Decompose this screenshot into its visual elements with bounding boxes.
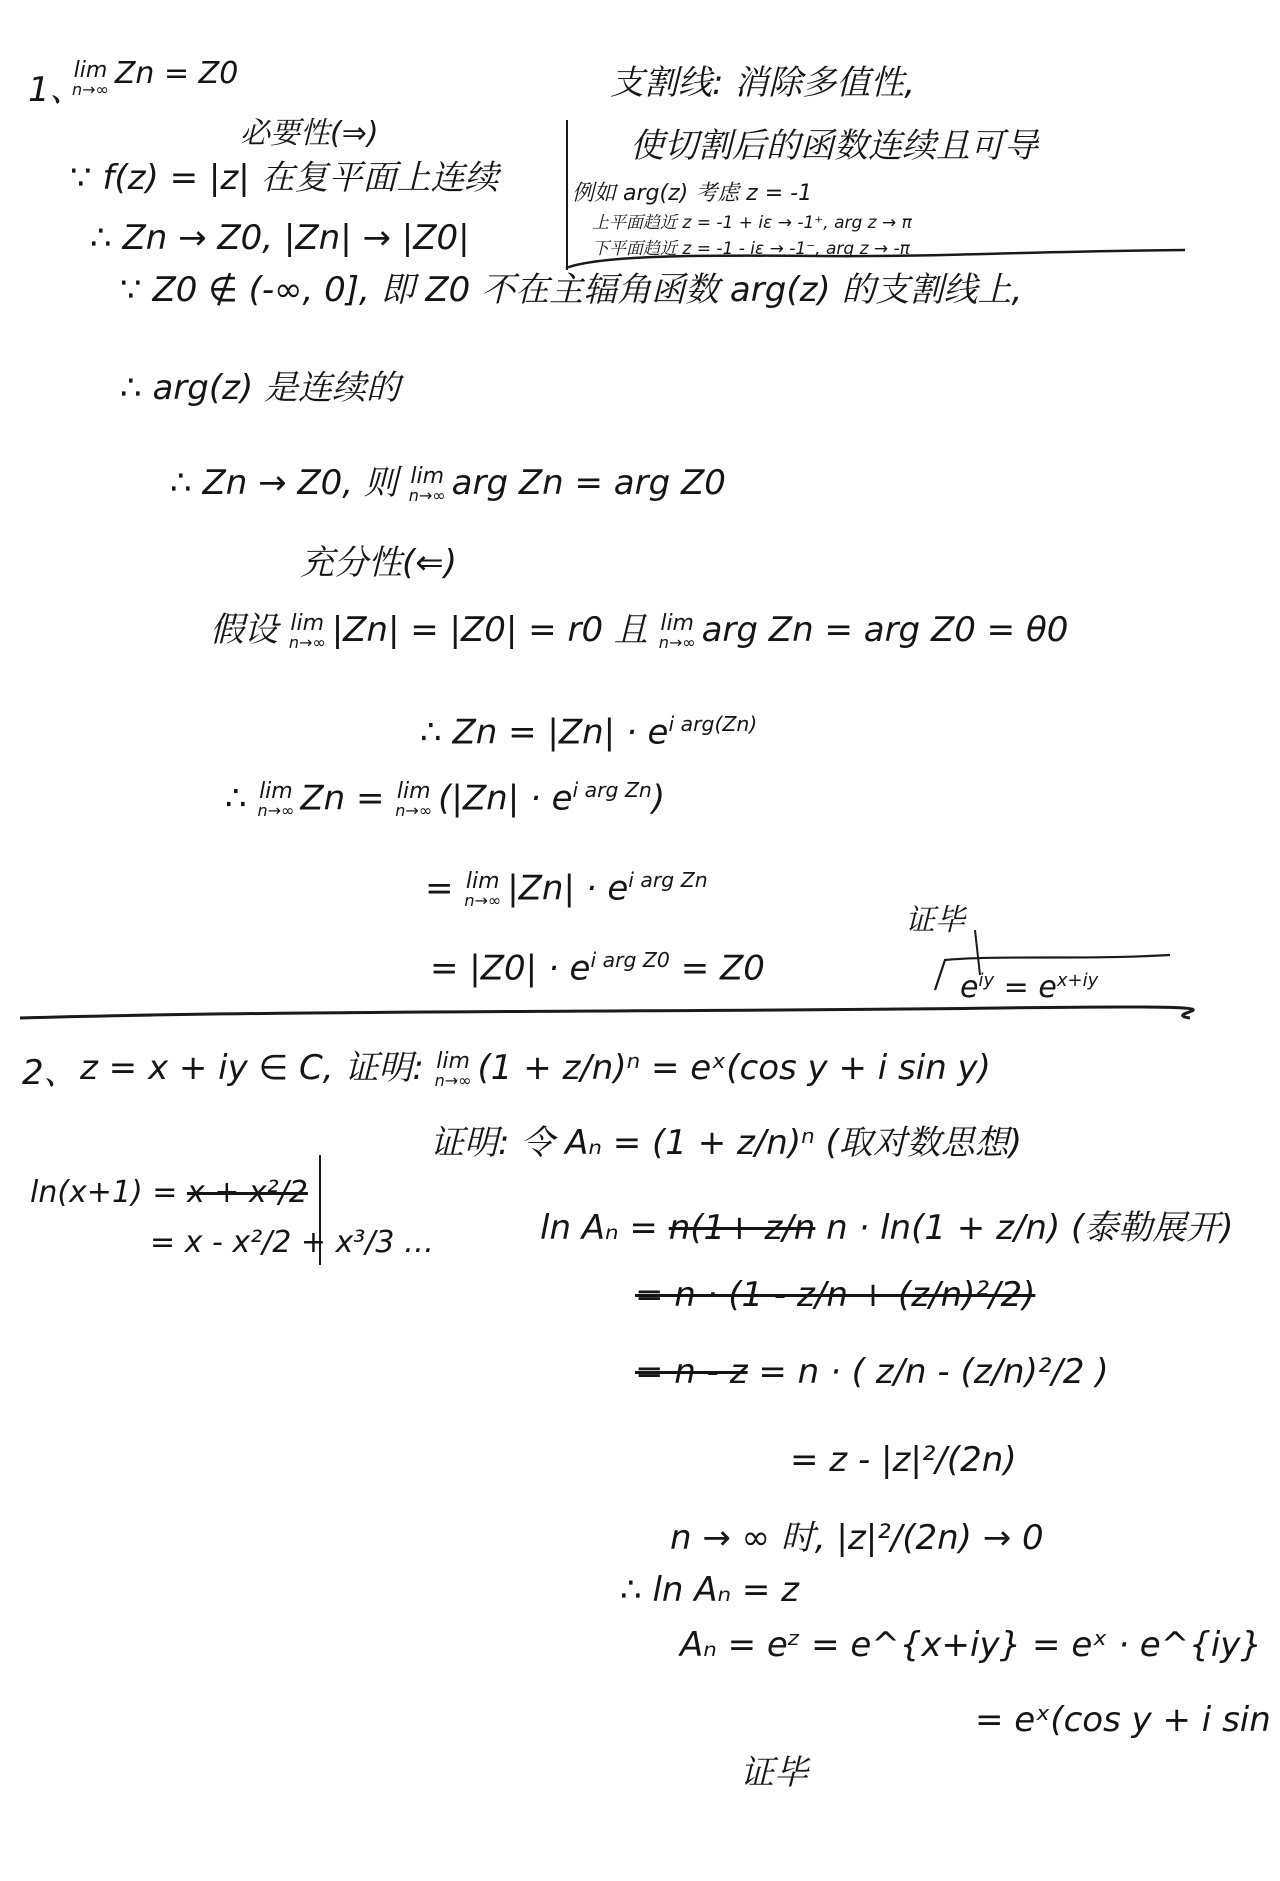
note-box-identity: eiy = ex+iy [960,970,1098,1005]
side-note-upper: 上平面趋近 z = -1 + iε → -1⁺, arg z → π [592,208,912,233]
ln-definition: ln(x+1) = x + x²/2 [30,1175,308,1210]
crossed-out-term: = n - z [635,1352,748,1392]
proof-setup: 证明: 令 Aₙ = (1 + z/n)ⁿ (取对数思想) [430,1115,1022,1164]
side-note-example: 例如 arg(z) 考虑 z = -1 [572,176,812,207]
polar-form: ∴ Zn = |Zn| · ei arg(Zn) [420,712,757,752]
crossed-step1: = n · (1 - z/n + (z/n)²/2) [635,1275,1035,1315]
conclusion-an: Aₙ = eᶻ = e^{x+iy} = eˣ · e^{iy} [680,1625,1262,1665]
step-limit: n → ∞ 时, |z|²/(2n) → 0 [670,1510,1044,1559]
limit-step2: = limn→∞|Zn| · ei arg Zn [425,868,708,909]
conclusion-ln: ∴ ln Aₙ = z [620,1570,799,1610]
side-note-title: 支割线: 消除多值性, [610,55,915,104]
limit-step3: = |Z0| · ei arg Z0 = Z0 [430,948,765,988]
step-expand: = n - z = n · ( z/n - (z/n)²/2 ) [635,1352,1109,1392]
line-arg-continuous: ∴ arg(z) 是连续的 [120,360,400,409]
problem2-number: 2、 [22,1045,78,1094]
problem1-statement: limn→∞ Zn = Z0 [72,56,238,98]
problem1-qed: 证毕 [905,895,965,939]
crossed-out-term: n(1+ z/n [669,1208,816,1248]
crossed-out-term: x + x²/2 [187,1175,308,1210]
assumption-line: 假设 limn→∞|Zn| = |Z0| = r0 且 limn→∞arg Zn… [210,602,1068,651]
necessity-heading: 必要性(⇒) [240,108,379,152]
problem2-qed: 证毕 [740,1745,808,1794]
problem2-statement: z = x + iy ∈ C, 证明: limn→∞(1 + z/n)ⁿ = e… [80,1040,991,1089]
side-note-left-border [566,120,568,270]
line-therefore-abs: ∴ Zn → Z0, |Zn| → |Z0| [90,218,470,258]
lnAn-definition: ln Aₙ = n(1+ z/n n · ln(1 + z/n) (泰勒展开) [540,1200,1234,1249]
ln-series: = x - x²/2 + x³/3 … [150,1225,434,1260]
limit-step1: ∴ limn→∞Zn = limn→∞(|Zn| · ei arg Zn) [225,778,665,819]
conclusion-final: = eˣ(cos y + i sin y) [975,1700,1280,1740]
line-z0-not-on-cut: ∵ Z0 ∉ (-∞, 0], 即 Z0 不在主辐角函数 arg(z) 的支割线… [120,262,1022,311]
line-because-f: ∵ f(z) = |z| 在复平面上连续 [70,150,498,199]
side-note-subtitle: 使切割后的函数连续且可导 [630,118,1038,167]
sufficiency-heading: 充分性(⇐) [300,535,457,584]
side-note-lower: 下平面趋近 z = -1 - iε → -1⁻, arg z → -π [592,234,910,259]
step-simplify: = z - |z|²/(2n) [790,1440,1017,1480]
line-zn-to-z0: ∴ Zn → Z0, 则 limn→∞arg Zn = arg Z0 [170,455,726,504]
lim-operator: limn→∞ [72,60,109,98]
